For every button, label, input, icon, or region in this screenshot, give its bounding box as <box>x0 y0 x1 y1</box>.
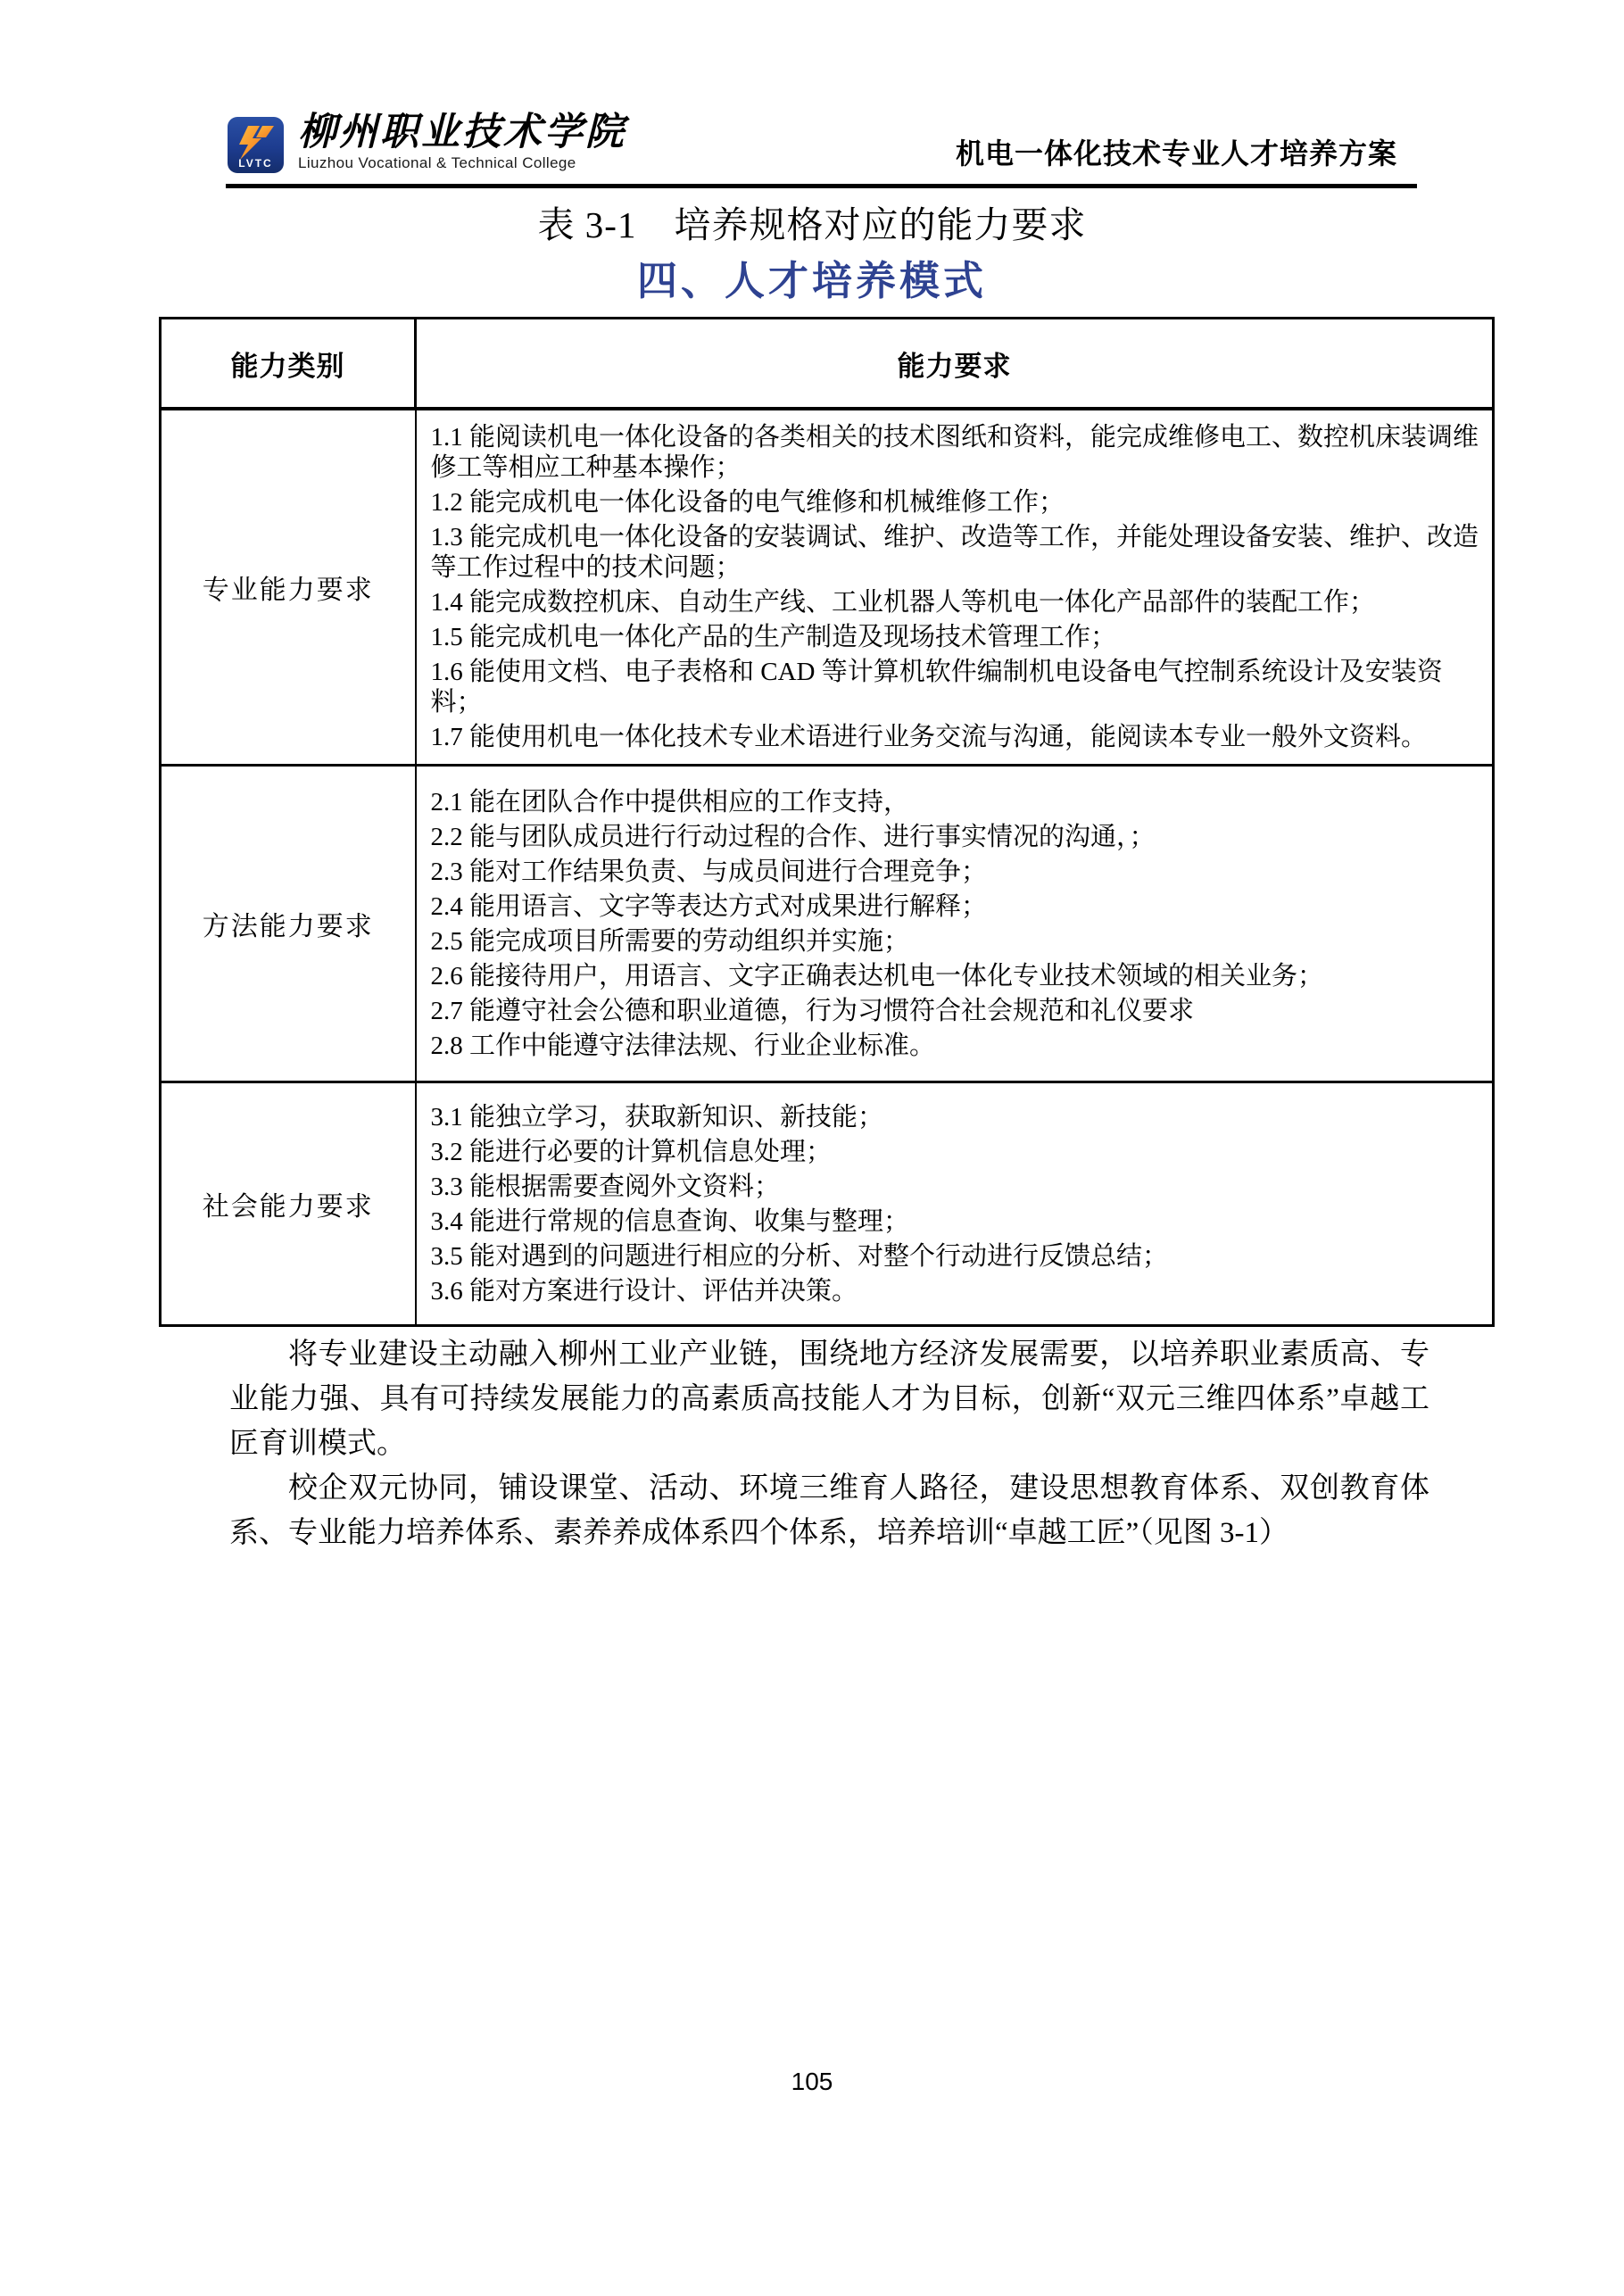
capability-category-cell: 专业能力要求 <box>161 409 416 766</box>
capability-item: 1.4 能完成数控机床、自动生产线、工业机器人等机电一体化产品部件的装配工作； <box>431 587 1482 618</box>
document-page: LVTC 柳州职业技术学院 Liuzhou Vocational & Techn… <box>0 0 1624 2296</box>
capability-item: 2.1 能在团队合作中提供相应的工作支持， <box>431 787 1482 817</box>
capability-item: 2.6 能接待用户，用语言、文字正确表达机电一体化专业技术领域的相关业务； <box>431 961 1482 991</box>
capability-item: 2.2 能与团队成员进行行动过程的合作、进行事实情况的沟通，； <box>431 822 1482 852</box>
lvtc-logo-icon: LVTC <box>227 116 285 174</box>
capability-requirements-cell: 3.1 能独立学习，获取新知识、新技能；3.2 能进行必要的计算机信息处理；3.… <box>416 1082 1494 1326</box>
capability-requirements-cell: 2.1 能在团队合作中提供相应的工作支持，2.2 能与团队成员进行行动过程的合作… <box>416 766 1494 1082</box>
capability-item: 3.4 能进行常规的信息查询、收集与整理； <box>431 1206 1482 1237</box>
capability-item: 2.8 工作中能遵守法律法规、行业企业标准。 <box>431 1031 1482 1061</box>
capability-category-label: 社会能力要求 <box>203 1192 374 1222</box>
table-row: 专业能力要求1.1 能阅读机电一体化设备的各类相关的技术图纸和资料，能完成维修电… <box>161 409 1494 766</box>
document-header-title: 机电一体化技术专业人才培养方案 <box>956 137 1397 170</box>
capability-item: 2.4 能用语言、文字等表达方式对成果进行解释； <box>431 891 1482 922</box>
capability-item: 1.3 能完成机电一体化设备的安装调试、维护、改造等工作，并能处理设备安装、维护… <box>431 522 1482 583</box>
capability-item: 1.1 能阅读机电一体化设备的各类相关的技术图纸和资料，能完成维修电工、数控机床… <box>431 422 1482 483</box>
capability-item: 3.2 能进行必要的计算机信息处理； <box>431 1137 1482 1167</box>
body-paragraph: 校企双元协同，铺设课堂、活动、环境三维育人路径，建设思想教育体系、双创教育体系、… <box>229 1466 1429 1555</box>
body-paragraphs: 将专业建设主动融入柳州工业产业链，围绕地方经济发展需要，以培养职业素质高、专业能… <box>229 1332 1429 1555</box>
table-row: 方法能力要求2.1 能在团队合作中提供相应的工作支持，2.2 能与团队成员进行行… <box>161 766 1494 1082</box>
capability-category-label: 专业能力要求 <box>203 576 374 605</box>
capability-table: 能力类别 能力要求 专业能力要求1.1 能阅读机电一体化设备的各类相关的技术图纸… <box>159 317 1495 1327</box>
capability-item: 2.7 能遵守社会公德和职业道德，行为习惯符合社会规范和礼仪要求 <box>431 996 1482 1026</box>
body-paragraph: 将专业建设主动融入柳州工业产业链，围绕地方经济发展需要，以培养职业素质高、专业能… <box>229 1332 1429 1466</box>
capability-category-label: 方法能力要求 <box>203 912 374 941</box>
school-logo: LVTC <box>227 116 285 174</box>
capability-item: 3.3 能根据需要查阅外文资料； <box>431 1172 1482 1202</box>
capability-item: 1.2 能完成机电一体化设备的电气维修和机械维修工作； <box>431 487 1482 518</box>
school-name-block: 柳州职业技术学院 Liuzhou Vocational & Technical … <box>298 112 626 172</box>
capability-item: 1.7 能使用机电一体化技术专业术语进行业务交流与沟通，能阅读本专业一般外文资料… <box>431 722 1482 752</box>
capability-requirements-cell: 1.1 能阅读机电一体化设备的各类相关的技术图纸和资料，能完成维修电工、数控机床… <box>416 409 1494 766</box>
header-rule <box>226 184 1417 188</box>
svg-text:LVTC: LVTC <box>238 157 272 170</box>
capability-item: 1.5 能完成机电一体化产品的生产制造及现场技术管理工作； <box>431 622 1482 652</box>
capability-item: 3.5 能对遇到的问题进行相应的分析、对整个行动进行反馈总结； <box>431 1241 1482 1272</box>
capability-category-cell: 方法能力要求 <box>161 766 416 1082</box>
capability-category-cell: 社会能力要求 <box>161 1082 416 1326</box>
page-number: 105 <box>0 2067 1624 2097</box>
capability-item: 3.6 能对方案进行设计、评估并决策。 <box>431 1276 1482 1306</box>
section-heading: 四、人才培养模式 <box>0 257 1624 305</box>
table-header-row: 能力类别 能力要求 <box>161 319 1494 410</box>
capability-item: 2.3 能对工作结果负责、与成员间进行合理竞争； <box>431 857 1482 887</box>
column-header-requirements: 能力要求 <box>416 319 1494 410</box>
school-name-en: Liuzhou Vocational & Technical College <box>298 154 626 172</box>
column-header-category: 能力类别 <box>161 319 416 410</box>
capability-item: 1.6 能使用文档、电子表格和 CAD 等计算机软件编制机电设备电气控制系统设计… <box>431 657 1482 717</box>
capability-item: 3.1 能独立学习，获取新知识、新技能； <box>431 1102 1482 1132</box>
school-name-zh: 柳州职业技术学院 <box>298 112 626 153</box>
capability-table-body: 专业能力要求1.1 能阅读机电一体化设备的各类相关的技术图纸和资料，能完成维修电… <box>161 409 1494 1326</box>
table-row: 社会能力要求3.1 能独立学习，获取新知识、新技能；3.2 能进行必要的计算机信… <box>161 1082 1494 1326</box>
capability-item: 2.5 能完成项目所需要的劳动组织并实施； <box>431 926 1482 957</box>
table-caption: 表 3-1 培养规格对应的能力要求 <box>0 202 1624 248</box>
